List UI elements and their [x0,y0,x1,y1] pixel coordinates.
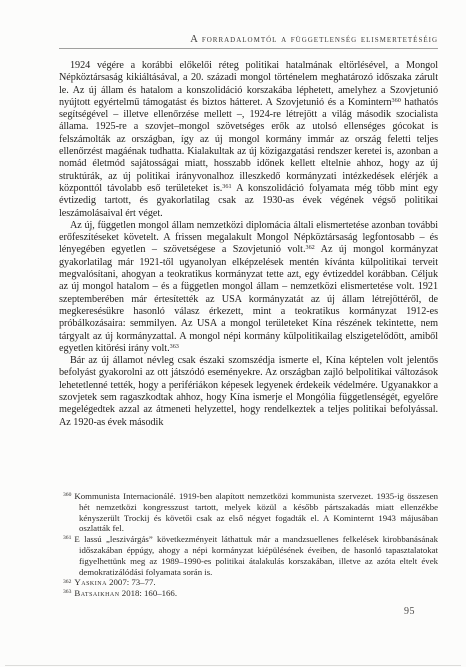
scan-edge-line [5,665,461,666]
footnote: 360Kommunista Internacionálé. 1919-ben a… [63,491,438,534]
author-smallcaps: Batsaikhan [74,588,119,598]
text-column: A forradalomtól a függetlenség elismerte… [59,0,438,486]
footnote-ref: 362 [305,244,314,251]
page-number: 95 [404,606,415,617]
footnote-number: 362 [63,579,71,585]
footnote-ref: 361 [222,183,231,190]
paragraph: 1924 végére a korábbi előkelői réteg pol… [59,60,438,220]
paragraph: Az új, független mongol állam nemzetközi… [59,220,438,355]
footnote-number: 361 [63,535,71,541]
footnote-ref: 360 [392,97,401,104]
book-page: A forradalomtól a függetlenség elismerte… [0,0,466,667]
paragraph: Bár az új államot névleg csak északi szo… [59,355,438,429]
footnote: 361E lassú „leszivárgás” következményeit… [63,534,438,577]
footnote: 362Yaskina 2007: 73–77. [63,577,438,588]
body-text: 1924 végére a korábbi előkelői réteg pol… [59,60,438,486]
footnote-ref: 363 [170,343,179,350]
footnote: 363Batsaikhan 2018: 160–166. [63,588,438,599]
footnote-number: 363 [63,589,71,595]
footnote-number: 360 [63,492,71,498]
running-header: A forradalomtól a függetlenség elismerte… [59,34,438,49]
author-smallcaps: Yaskina [74,577,107,587]
footnotes: 360Kommunista Internacionálé. 1919-ben a… [63,491,438,599]
